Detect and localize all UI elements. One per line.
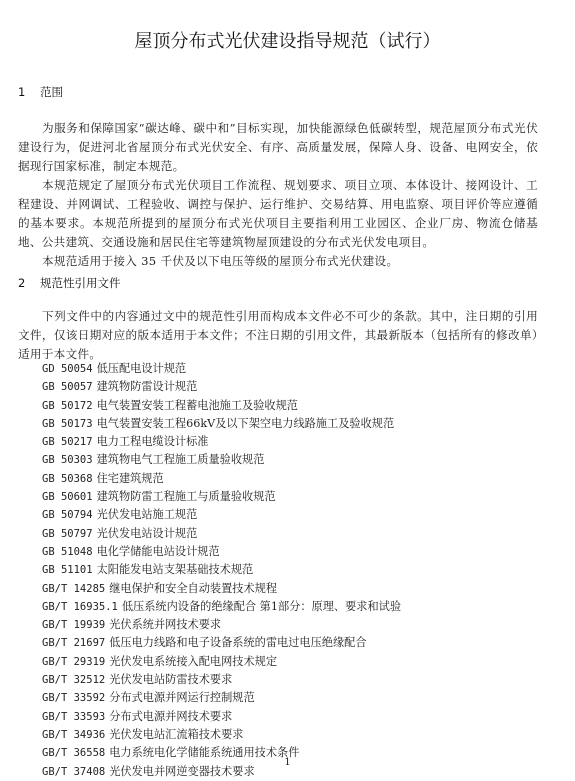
reference-name: 分布式电源并网运行控制规范 (109, 691, 254, 704)
reference-item: GB 50217电力工程电缆设计标准 (42, 433, 401, 451)
reference-item: GB 50368住宅建筑规范 (42, 470, 401, 488)
reference-item: GB 50794光伏发电站施工规范 (42, 506, 401, 524)
reference-name: 低压配电设计规范 (97, 362, 187, 375)
section-body-normative-references: 下列文件中的内容通过文中的规范性引用而构成本文件必不可少的条款。其中，注日期的引… (18, 307, 538, 364)
reference-code: GB 50172 (42, 400, 93, 412)
section-title: 范围 (40, 85, 63, 99)
reference-code: GB/T 14285 (42, 583, 105, 595)
reference-item: GB 50303建筑物电气工程施工质量验收规范 (42, 451, 401, 469)
reference-code: GB 50794 (42, 509, 93, 521)
reference-item: GB 51101太阳能发电站支架基础技术规范 (42, 561, 401, 579)
paragraph: 本规范规定了屋顶分布式光伏项目工作流程、规划要求、项目立项、本体设计、接网设计、… (18, 176, 538, 252)
reference-code: GB 51101 (42, 564, 93, 576)
section-body-scope: 为服务和保障国家“碳达峰、碳中和”目标实现，加快能源绿色低碳转型，规范屋顶分布式… (18, 119, 538, 271)
reference-name: 电气装置安装工程蓄电池施工及验收规范 (97, 399, 298, 412)
reference-item: GD 50054低压配电设计规范 (42, 360, 401, 378)
reference-name: 太阳能发电站支架基础技术规范 (97, 563, 254, 576)
reference-code: GB 50797 (42, 528, 93, 540)
reference-item: GB/T 34936光伏发电站汇流箱技术要求 (42, 726, 401, 744)
reference-code: GB 50217 (42, 436, 93, 448)
reference-item: GB/T 33593分布式电源并网技术要求 (42, 708, 401, 726)
document-title: 屋顶分布式光伏建设指导规范（试行） (0, 30, 575, 54)
reference-name: 分布式电源并网技术要求 (109, 710, 232, 723)
paragraph: 为服务和保障国家“碳达峰、碳中和”目标实现，加快能源绿色低碳转型，规范屋顶分布式… (18, 119, 538, 176)
reference-code: GB/T 21697 (42, 637, 105, 649)
reference-name: 建筑物防雷工程施工与质量验收规范 (97, 490, 276, 503)
reference-name: 电气装置安装工程66kV及以下架空电力线路施工及验收规范 (97, 417, 395, 430)
reference-item: GB 50601建筑物防雷工程施工与质量验收规范 (42, 488, 401, 506)
reference-code: GB 50601 (42, 491, 93, 503)
reference-code: GB/T 33592 (42, 692, 105, 704)
paragraph: 下列文件中的内容通过文中的规范性引用而构成本文件必不可少的条款。其中，注日期的引… (18, 307, 538, 364)
reference-name: 建筑物电气工程施工质量验收规范 (97, 453, 265, 466)
reference-item: GB/T 14285继电保护和安全自动装置技术规程 (42, 580, 401, 598)
reference-code: GB/T 32512 (42, 674, 105, 686)
reference-code: GB/T 34936 (42, 729, 105, 741)
section-number: 2 (18, 275, 40, 291)
reference-code: GB/T 19939 (42, 619, 105, 631)
reference-item: GB 50172电气装置安装工程蓄电池施工及验收规范 (42, 397, 401, 415)
reference-code: GB 51048 (42, 546, 93, 558)
reference-item: GB/T 16935.1低压系统内设备的绝缘配合 第1部分：原理、要求和试验 (42, 598, 401, 616)
reference-name: 低压电力线路和电子设备系统的雷电过电压绝缘配合 (109, 636, 366, 649)
reference-name: 住宅建筑规范 (97, 472, 164, 485)
reference-name: 光伏发电系统接入配电网技术规定 (109, 655, 277, 668)
reference-code: GB/T 16935.1 (42, 601, 118, 613)
page-number: 1 (0, 757, 575, 768)
reference-name: 光伏发电站汇流箱技术要求 (109, 728, 243, 741)
reference-item: GB 51048电化学储能电站设计规范 (42, 543, 401, 561)
reference-code: GB/T 29319 (42, 656, 105, 668)
reference-item: GB 50173电气装置安装工程66kV及以下架空电力线路施工及验收规范 (42, 415, 401, 433)
section-heading-normative-references: 2规范性引用文件 (18, 275, 121, 291)
reference-item: GB/T 32512光伏发电站防雷技术要求 (42, 671, 401, 689)
reference-item: GB/T 29319光伏发电系统接入配电网技术规定 (42, 653, 401, 671)
reference-item: GB 50797光伏发电站设计规范 (42, 525, 401, 543)
reference-code: GB/T 33593 (42, 711, 105, 723)
reference-item: GB/T 33592分布式电源并网运行控制规范 (42, 689, 401, 707)
reference-name: 电力工程电缆设计标准 (97, 435, 209, 448)
reference-code: GB 50303 (42, 454, 93, 466)
section-number: 1 (18, 84, 40, 100)
reference-item: GB/T 19939光伏系统并网技术要求 (42, 616, 401, 634)
section-title: 规范性引用文件 (40, 276, 121, 290)
reference-name: 电化学储能电站设计规范 (97, 545, 220, 558)
reference-code: GB 50173 (42, 418, 93, 430)
reference-item: GB/T 21697低压电力线路和电子设备系统的雷电过电压绝缘配合 (42, 634, 401, 652)
reference-name: 继电保护和安全自动装置技术规程 (109, 582, 277, 595)
reference-list: GD 50054低压配电设计规范 GB 50057建筑物防雷设计规范 GB 50… (42, 360, 401, 781)
reference-name: 光伏发电站施工规范 (97, 508, 198, 521)
reference-name: 光伏发电站防雷技术要求 (109, 673, 232, 686)
reference-code: GD 50054 (42, 363, 93, 375)
reference-item: GB 50057建筑物防雷设计规范 (42, 378, 401, 396)
reference-name: 低压系统内设备的绝缘配合 第1部分：原理、要求和试验 (122, 600, 401, 613)
reference-code: GB 50368 (42, 473, 93, 485)
reference-code: GB 50057 (42, 381, 93, 393)
reference-name: 建筑物防雷设计规范 (97, 380, 198, 393)
paragraph: 本规范适用于接入 35 千伏及以下电压等级的屋顶分布式光伏建设。 (18, 252, 538, 271)
reference-name: 光伏系统并网技术要求 (109, 618, 221, 631)
reference-name: 光伏发电站设计规范 (97, 527, 198, 540)
section-heading-scope: 1范围 (18, 84, 63, 100)
